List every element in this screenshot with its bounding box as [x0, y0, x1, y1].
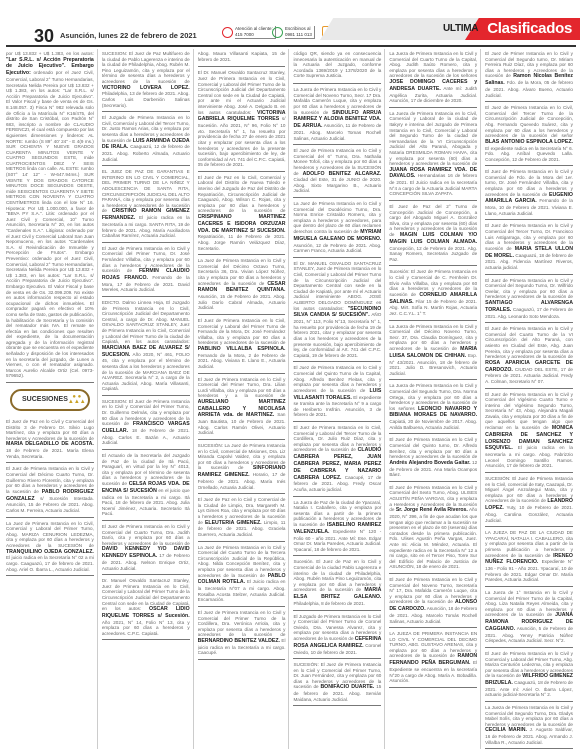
ad-text: La Jueza de Primera Instancia en lo Civi…	[389, 111, 477, 166]
deceased-name: Sr. Jorge René Avila Riveros.	[396, 507, 468, 513]
ad-text: La Jueza de Primera Instancia en lo Civi…	[485, 705, 573, 727]
ad-text-after: Asunción, 15 de Febrero de 2021. Abog. J…	[198, 294, 286, 310]
classified-ad: LA JUEZA DE PAZ DE LA CIUDAD DE YPACARAÍ…	[485, 528, 573, 587]
publication-date: Asunción, lunes 22 de febrero de 2021	[60, 31, 197, 40]
header-divider	[6, 45, 576, 47]
ad-text: El Juez de Primera Instancia en lo Civil…	[485, 326, 573, 359]
classified-ad: El Dr. MANUEL OSVALDO SANTACRUZ STANLEY,…	[293, 259, 381, 363]
classified-ad: El Juez de Primera Instancia en lo Civil…	[102, 522, 190, 575]
ad-text: por U$ 13.832 + U$ 1.383, en los autos:	[6, 51, 94, 56]
page-number: 30	[34, 26, 54, 47]
ad-text: Abog. Maura Villasanti Kapiata, 15 de fe…	[198, 51, 286, 62]
classified-ad: EL JUEZ DE PAZ DE GARANTIAS E INTERINO E…	[102, 167, 190, 243]
classified-ad: LA JUEZA DE PRIMERA INSTANCIA EN LO CIVI…	[389, 629, 477, 688]
column-5: La Jueza de Primera Instancia en lo Civi…	[389, 49, 481, 749]
classified-ad: El Juez de Primera Instancia en lo Civil…	[198, 608, 286, 660]
contact-value: 0981 111 013	[285, 32, 312, 38]
ad-text-after: Philadelphia, 8 de febrero de 2021.	[293, 601, 365, 606]
deceased-name: BONIFACIO DUARTE.	[320, 684, 374, 690]
deceased-name: ADOLFO BENITEZ ALCARAZ.	[303, 171, 382, 177]
contact-label: Atención al cliente:	[235, 26, 273, 32]
ad-text-after: AÑO 2021, N° 113, Folio N°13, Secretaría…	[293, 312, 381, 357]
ad-text: El Juez de Paz en lo Civil y Comercial d…	[6, 419, 94, 441]
classified-ad: SUCESION: El Juez de Primera Instancia e…	[102, 397, 190, 450]
classified-ad: El Juez de Primera Instancia en lo Civil…	[198, 375, 286, 441]
classified-ad: El Juez de Primera Instancia en lo Civil…	[6, 464, 94, 517]
classified-ad: El Juez de Primera Instancia en lo Civil…	[293, 423, 381, 497]
classified-ad: por U$ 13.832 + U$ 1.383, en los autos: …	[6, 49, 94, 383]
classified-ad: La Juez de Primera Instancia en lo Civil…	[293, 199, 381, 258]
classified-ad: El Juez de Primera Instancia en lo Civil…	[293, 363, 381, 422]
ad-text-after: Capiatá, 20 de Noviembre de 2017. Abog. …	[389, 419, 477, 430]
classified-ad: El Juez de Primera Instancia en lo Civil…	[293, 146, 381, 198]
classified-ad: El Juez de Primera Instancia en lo Civil…	[485, 103, 573, 166]
classified-ad: Sucesión: El Juez de Primera Instancia e…	[389, 267, 477, 320]
column-4: código QR, siendo ya en consecuencia inn…	[293, 49, 385, 749]
classified-ad: La Jueza de Primera Instancia en lo Civi…	[389, 322, 477, 381]
classified-ad: El Juez de Primera Instancia en lo Civil…	[389, 435, 477, 481]
ad-text-after: s/ Sucesión. Año 2021, N° 96, Folio N° 1…	[198, 116, 286, 167]
classified-ad: El Juez de Primera Instancia en lo Civil…	[485, 167, 573, 220]
deceased-name: CRISPINIANO MARTINEZ CACERES E ISIDORA O…	[198, 214, 286, 234]
classified-ad: SUCESIÓN: El Juez de Primera Instancia e…	[485, 474, 573, 527]
classified-ad: Dr. Manuel Osvaldo Santacruz Stanley, Ju…	[102, 576, 190, 640]
ad-text-after: Concepción, 12 de Febrero de 2021. Abg. …	[389, 246, 477, 262]
classified-ad: El Juez de Primera Instancia en lo Civil…	[485, 324, 573, 388]
classified-ad: SUCESIÓN: La Juez de Primera Instancia e…	[198, 441, 286, 494]
whatsapp-icon	[272, 27, 283, 38]
classified-ad: El Juez de Primera Instancia en lo Civil…	[389, 575, 477, 628]
ad-text-after: Año 2021, N° 14, Folio N° 13, cita y emp…	[102, 620, 190, 636]
ad-text: código QR, siendo ya en consecuencia inn…	[293, 51, 381, 78]
classified-ad: El Juzgado de Primera Instancia en lo Ci…	[102, 113, 190, 166]
contact-label: Escribinos al	[285, 26, 312, 32]
ad-text-after: Ciudad del Este, 31 de JUNIO de 2020. Ab…	[293, 177, 381, 193]
classified-ad: EDICTO. Dalmo Linnea Hoja, El Juzgado de…	[102, 298, 190, 396]
section-title: Clasificados	[487, 20, 572, 37]
ad-text: El Juez de Primera Instancia en lo Civil…	[485, 278, 573, 300]
section-banner-sucesiones: SUCESIONES● ●▲▲▲	[10, 389, 90, 411]
page-header: 30 Asunción, lunes 22 de febrero de 2021…	[0, 0, 580, 42]
contact-value: 415 7000	[235, 32, 273, 38]
ad-text: EL JUEZ DE PAZ DE GARANTIAS E INTERINO E…	[102, 169, 190, 213]
ad-text-after: Año 2020, N° 396, a fin de que acudan lo…	[389, 507, 477, 569]
column-6: El Juez de Primer Instancia en lo Civil …	[485, 49, 576, 749]
column-2: SUCESION: El Juez de Paz Multifuero de l…	[102, 49, 194, 749]
ad-text: EDICTO. Dalmo Linnea Hoja, El Juzgado de…	[102, 300, 190, 344]
classified-ad: La Jueza de Paz de la ciudad de Ypacaraí…	[293, 498, 381, 557]
classified-ad: La Juez de Primera Instancia en lo Civil…	[6, 519, 94, 577]
ad-text-after: 18 de Febrero de 2021. María Elena Yenda…	[6, 448, 94, 459]
classified-ad: La Jueza de Primera Instancia en lo Civi…	[389, 381, 477, 434]
classified-ad: La Jueza de Primera Instancia en lo Civi…	[485, 703, 573, 749]
deceased-name: ELEUTERIA GIMENEZ.	[205, 520, 262, 526]
contact-phone: Atención al cliente:415 7000	[222, 26, 276, 39]
classified-ad: SUCESION: El Juez de Paz Multifuero de l…	[102, 49, 190, 112]
classified-ad: La Jueza de Primera Instancia en lo Civi…	[389, 49, 477, 108]
ad-text: El Dr. MANUEL OSVALDO SANTACRUZ STANLEY,…	[293, 261, 381, 311]
deceased-name: AURELIANO MARTINEZ CABALLERO Y NICOLASA …	[198, 399, 286, 419]
ad-text: La Juez de Primera Instancia en lo Civil…	[6, 521, 94, 548]
classified-ad: El Dr. Manuel Osvaldo Santacruz Stanley,…	[198, 68, 286, 172]
ad-text: El Dr. Manuel Osvaldo Santacruz Stanley,…	[198, 70, 286, 114]
classified-ad: Sucesión. El Juez de Paz en lo Civil y C…	[293, 557, 381, 610]
ad-text: El Juez de Primera Instancia en lo Civil…	[198, 318, 286, 345]
phone-icon	[222, 27, 233, 38]
ad-text: El Juez de Primera Instancia en lo Civil…	[198, 610, 286, 637]
classified-ad: El Juez de Paz en lo Civil, Comercial y …	[198, 173, 286, 255]
column-1: por U$ 13.832 + U$ 1.383, en los autos: …	[6, 49, 98, 749]
ad-text-after: Fernando de la Mora, 2 de Febrero de 202…	[198, 353, 286, 369]
classified-ad: La Jueza de Primera Instancia en lo Civi…	[389, 109, 477, 201]
ad-text: La Jueza de Primera Instancia en lo Civi…	[389, 51, 477, 78]
classified-ad: La Jueza de Primera Instancia en lo Civi…	[293, 85, 381, 145]
classified-ad: SUCESIÓN: El Juez de Primera Instancia e…	[293, 660, 381, 706]
classified-ad: El Juez de Paz en lo Civil y Comercial d…	[198, 495, 286, 541]
ad-text: El Juez de Primera Instancia en lo Civil…	[198, 377, 286, 399]
classified-ad: código QR, siendo ya en consecuencia inn…	[293, 49, 381, 84]
ad-text-after: ordenado por el Juez Civil, Comercial, L…	[6, 70, 94, 378]
classified-ad: El Juez de Paz del 2° Turno de Concepció…	[389, 202, 477, 266]
classified-ad: Abog. Maura Villasanti Kapiata, 15 de fe…	[198, 49, 286, 67]
classified-ad: El Actuario de la Secretaría del Juzgado…	[102, 451, 190, 521]
ad-text-after: El juicio radica en la Secretaría N° 02 …	[6, 555, 94, 571]
ad-text: El Juez de Primera Instancia en lo Civil…	[102, 524, 190, 546]
contact-whatsapp: Escribinos al0981 111 013	[272, 26, 315, 39]
classified-ad: La Juez de Primera Instancia en lo Civil…	[198, 256, 286, 315]
deceased-name: MARIA DELGADILLO DE ACOSTA.	[6, 441, 94, 447]
classified-ad: La Jueza de 1° Instancia en lo Civil y C…	[485, 588, 573, 648]
ad-text-after: Philadelphia, 13 de febrero de 2021. Abo…	[102, 91, 190, 107]
ad-text: El Juez de Primera Instancia en lo Civil…	[389, 437, 477, 459]
classified-ad: El Juez de Primer Instancia en lo Civil …	[485, 49, 573, 102]
classified-ad: El Juez de Primera Instancia en lo Civil…	[485, 390, 573, 474]
classified-ad: El Juzgado de Primera Instancia en lo Ci…	[293, 612, 381, 660]
ad-text: El Juez de Primera Instancia en lo Civil…	[485, 105, 573, 138]
deceased-name: BERNARDINO BENITEZ VALDEZ.	[198, 638, 280, 644]
deceased-name: CECILIA MARIN.	[485, 727, 527, 733]
ad-text-after: Repatriación, 11 de Febrero de 2021. Abo…	[198, 234, 286, 250]
ad-text-after: Asunción, 12 de Febrero de 2021. Abog. C…	[293, 243, 381, 254]
column-3: Abog. Maura Villasanti Kapiata, 15 de fe…	[198, 49, 290, 749]
classified-ad: El Juez de Primera Instancia en lo Civil…	[389, 483, 477, 574]
ad-text-after: Año 2020, N° 461, FOLIO 45, cita y empla…	[102, 352, 190, 392]
classified-ad: La Juez de Primera Instancia en lo Civil…	[198, 543, 286, 607]
classified-ad: El Juez de Primera Instancia en lo Civil…	[485, 649, 573, 702]
brand-bar: ULTIMAHORA Clasificados	[320, 18, 580, 40]
deceased-name: Andrés Alejandro Boveda Gaitar.	[389, 460, 470, 466]
deceased-name: BLAS ANTONIO ESPINOLA LOPEZ.	[485, 139, 573, 145]
deceased-name: TRANQUILINO OJEDA GONZALEZ.	[6, 549, 94, 555]
ad-text: SUCESION: El Juez de Paz Multifuero de l…	[102, 51, 190, 84]
ad-text-after: El expediente radica en la Secretaría N°…	[485, 146, 573, 162]
classified-ad: El Juez de Paz en lo Civil y Comercial d…	[6, 417, 94, 463]
ad-text: El Juez de Paz en lo Civil, Comercial y …	[198, 175, 286, 214]
classified-ad: El Juez de Primera Instancia en lo Civil…	[485, 221, 573, 274]
classified-ad: El Juez de Primera Instancia en lo Civil…	[485, 276, 573, 324]
banner-label: SUCESIONES	[22, 397, 68, 403]
deceased-name: PABLINO VILLALBA ESPINOLA.	[198, 346, 286, 352]
people-icon: ● ●▲▲▲	[68, 395, 86, 405]
classifieds-columns: por U$ 13.832 + U$ 1.383, en los autos: …	[6, 49, 576, 749]
deceased-name: MAGIN LUIS COLMAN Y/O MAGIN LUIS COLMAN …	[389, 232, 477, 245]
classified-ad: El Juez de Primera Instancia en lo Civil…	[198, 316, 286, 374]
deceased-name: VICTORINO LOVERA LOPEZ.	[102, 85, 190, 91]
classified-ad: El Juez de Primera Instancia en lo Civil…	[102, 244, 190, 297]
